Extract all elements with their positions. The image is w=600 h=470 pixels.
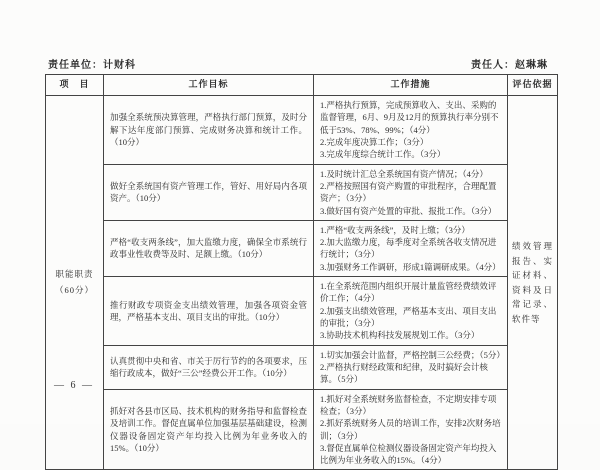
measure-line: 2.加强支出绩效管理，严格基本支出、项目支出的审批；（3分） <box>320 305 501 330</box>
measure-line: 2.严格按照国有资产购置的审批程序，合理配置资产；（3分） <box>320 180 501 205</box>
table-row: 认真贯彻中央和省、市关于厉行节约的各项要求，压缩行政成本，做好“三公”经费公开工… <box>46 345 558 389</box>
col-header-project: 项 目 <box>46 75 104 96</box>
measure-line: 3.加强财务工作调研，形成1篇调研成果。（4分） <box>320 261 501 273</box>
page-number: — 6 — <box>54 380 94 391</box>
table-row: 职能职责 （60分） 加强全系统预决算管理，严格执行部门预算，及时分解下达年度部… <box>46 96 558 165</box>
table-row: 抓好对各县市区局、技术机构的财务指导和监督检查及培训工作。督促直属单位加强基层基… <box>46 389 558 470</box>
goal-cell: 推行财政专项资金支出绩效管理，加强各项资金管理，严格基本支出、项目支出的审批。（… <box>104 277 314 346</box>
measure-line: 3.协助技术机构科技发展规划工作。（3分） <box>320 329 501 341</box>
measure-line: 1.在全系统范围内组织开展计量监管经费绩效评价工作；（4分） <box>320 280 501 305</box>
responsible-unit-label: 责任单位：计财科 <box>48 56 136 71</box>
measure-line: 3.督促直属单位检测仪器设备固定资产年均投入比例为年业务收入的15%。（4分） <box>320 442 501 467</box>
goal-cell: 抓好对各县市区局、技术机构的财务指导和监督检查及培训工作。督促直属单位加强基层基… <box>104 389 314 470</box>
measure-line: 3.完成年度综合统计工作。（3分） <box>320 148 501 160</box>
goal-cell: 做好全系统国有资产管理工作，管好、用好局内各项资产。（10分） <box>104 164 314 220</box>
responsible-person-label: 责任人：赵琳琳 <box>471 56 548 71</box>
measures-cell: 1.抓好对全系统财务监督检查，不定期安排专项检查；（3分） 2.抓好系统财务人员… <box>314 389 508 470</box>
table-row: 做好全系统国有资产管理工作，管好、用好局内各项资产。（10分） 1.及时统计汇总… <box>46 164 558 220</box>
table-row: 严格“收支两条线”，加大监缴力度，确保全市系统行政事业性收费等及时、足额上缴。（… <box>46 220 558 276</box>
measure-line: 1.及时统计汇总全系统国有资产情况；（4分） <box>320 168 501 180</box>
goal-cell: 认真贯彻中央和省、市关于厉行节约的各项要求，压缩行政成本，做好“三公”经费公开工… <box>104 345 314 389</box>
doc-header: 责任单位：计财科 责任人：赵琳琳 <box>48 56 548 71</box>
measure-line: 1.切实加强会计监督，严格控制三公经费；（5分） <box>320 349 501 361</box>
evaluation-basis-cell: 绩效管理报告、实证材料、资料及日常记录、软件等 <box>508 96 558 470</box>
measure-line: 2.严格执行财经政策和纪律，及时搞好会计核算。（5分） <box>320 361 501 386</box>
project-score: （60分） <box>48 283 101 298</box>
measures-cell: 1.切实加强会计监督，严格控制三公经费；（5分） 2.严格执行财经政策和纪律，及… <box>314 345 508 389</box>
col-header-basis: 评估依据 <box>508 75 558 96</box>
measure-line: 3.做好国有资产处置的审批、报批工作。（3分） <box>320 205 501 217</box>
measures-cell: 1.严格执行预算，完成预算收入、支出、采购的监督管理，6月、9月及12月的预算执… <box>314 96 508 165</box>
col-header-measures: 工作措施 <box>314 75 508 96</box>
project-name: 职能职责 <box>48 267 101 282</box>
goal-cell: 加强全系统预决算管理，严格执行部门预算，及时分解下达年度部门预算、完成财务决算和… <box>104 96 314 165</box>
document-page: 责任单位：计财科 责任人：赵琳琳 项 目 工作目标 工作措施 评估依据 职能职责… <box>0 0 600 424</box>
measure-line: 2.抓好系统财务人员的培训工作，安排2次财务培训；（3分） <box>320 417 501 442</box>
goal-cell: 严格“收支两条线”，加大监缴力度，确保全市系统行政事业性收费等及时、足额上缴。（… <box>104 220 314 276</box>
measures-cell: 1.在全系统范围内组织开展计量监管经费绩效评价工作；（4分） 2.加强支出绩效管… <box>314 277 508 346</box>
col-header-goal: 工作目标 <box>104 75 314 96</box>
measure-line: 1.严格“收支两条线”，及时上缴；（3分） <box>320 224 501 236</box>
measures-cell: 1.及时统计汇总全系统国有资产情况；（4分） 2.严格按照国有资产购置的审批程序… <box>314 164 508 220</box>
measure-line: 2.完成年度决算工作；（3分） <box>320 136 501 148</box>
table-row: 推行财政专项资金支出绩效管理，加强各项资金管理，严格基本支出、项目支出的审批。（… <box>46 277 558 346</box>
measure-line: 1.抓好对全系统财务监督检查，不定期安排专项检查；（3分） <box>320 393 501 418</box>
performance-appraisal-table: 项 目 工作目标 工作措施 评估依据 职能职责 （60分） 加强全系统预决算管理… <box>45 74 558 470</box>
measure-line: 2.加大监缴力度，每季度对全系统各收支情况进行统计；（3分） <box>320 236 501 261</box>
table-header-row: 项 目 工作目标 工作措施 评估依据 <box>46 75 558 96</box>
measure-line: 1.严格执行预算，完成预算收入、支出、采购的监督管理，6月、9月及12月的预算执… <box>320 99 501 136</box>
project-cell: 职能职责 （60分） <box>46 96 104 470</box>
measures-cell: 1.严格“收支两条线”，及时上缴；（3分） 2.加大监缴力度，每季度对全系统各收… <box>314 220 508 276</box>
